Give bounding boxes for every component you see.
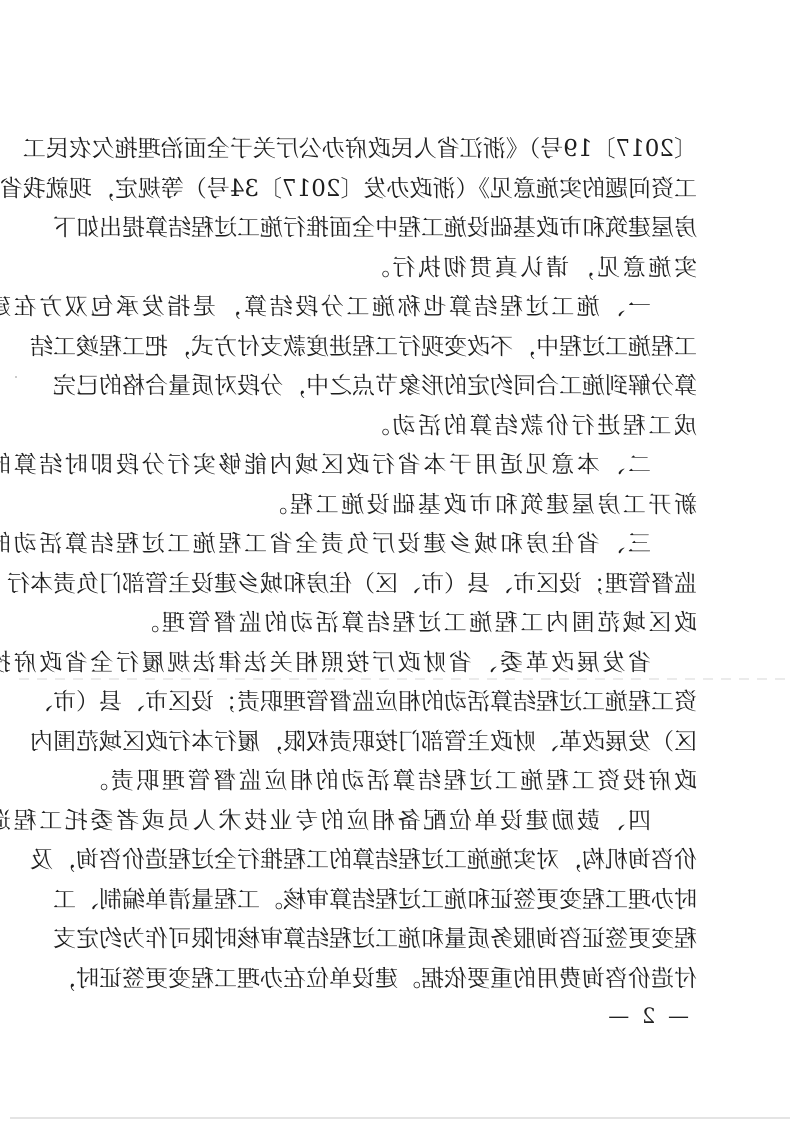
body-line: 新开工房屋建筑和市政基础设施工程。: [113, 486, 697, 526]
body-line: 程变更签证咨询服务质量和施工过程结算审核时限可作为约定支: [113, 920, 697, 960]
scan-artifact-bottom-edge: [10, 1117, 790, 1119]
body-line: 工程施工过程中，不改变现行工程进度款支付方式，把工程竣工结: [113, 328, 697, 368]
body-line: 〔2017〕19号）《浙江省人民政府办公厅关于全面治理拖欠农民工: [113, 130, 697, 170]
body-line: 付造价咨询费用的重要依据。建设单位在办理工程变更签证时，: [113, 960, 697, 1000]
section-1-heading-line: 一、施工过程结算也称施工分段结算，是指发承包双方在建设: [113, 288, 697, 328]
document-body: 〔2017〕19号）《浙江省人民政府办公厅关于全面治理拖欠农民工 工资问题的实施…: [113, 130, 697, 999]
body-line: 实施意见，请认真贯彻执行。: [113, 249, 697, 289]
body-line: 时办理工程变更签证和施工过程结算审核。工程量清单编制、工: [113, 881, 697, 921]
body-line: 工资问题的实施意见》（浙政办发〔2017〕34号）等规定，现就我省: [113, 170, 697, 210]
page-number: — 2 —: [105, 1004, 697, 1028]
section-2-heading-line: 二、本意见适用于本省行政区域内能够实行分段即时结算的: [113, 446, 697, 486]
section-3-heading-line: 三、省住房和城乡建设厅负责全省工程施工过程结算活动的: [113, 525, 697, 565]
body-line: 政府投资工程施工过程结算活动的相应监督管理职责。: [113, 762, 697, 802]
body-line: 资工程施工过程结算活动的相应监督管理职责；设区市、县（市、: [113, 683, 697, 723]
document-page: 〔2017〕19号）《浙江省人民政府办公厅关于全面治理拖欠农民工 工资问题的实施…: [0, 0, 800, 1131]
body-line: 政区域范围内工程施工过程结算活动的监督管理。: [113, 604, 697, 644]
body-line: 成工程进行价款结算的活动。: [113, 407, 697, 447]
body-line: 监督管理；设区市、县（市、区）住房和城乡建设主管部门负责本行: [113, 565, 697, 605]
body-line: 算分解到施工合同约定的形象节点之中，分段对质量合格的已完: [113, 367, 697, 407]
body-line: 房屋建筑和市政基础设施工程中全面推行施工过程结算提出如下: [113, 209, 697, 249]
paragraph-start-line: 省发展改革委、省财政厅按照相关法律法规履行全省政府投: [113, 644, 697, 684]
body-line: 区）发展改革、财政主管部门按职责权限，履行本行政区域范围内: [113, 723, 697, 763]
scan-artifact-dot: [15, 376, 17, 378]
section-4-heading-line: 四、鼓励建设单位配备相应的专业技术人员或者委托工程造: [113, 802, 697, 842]
body-line: 价咨询机构，对实施施工过程结算的工程推行全过程造价咨询，及: [113, 841, 697, 881]
